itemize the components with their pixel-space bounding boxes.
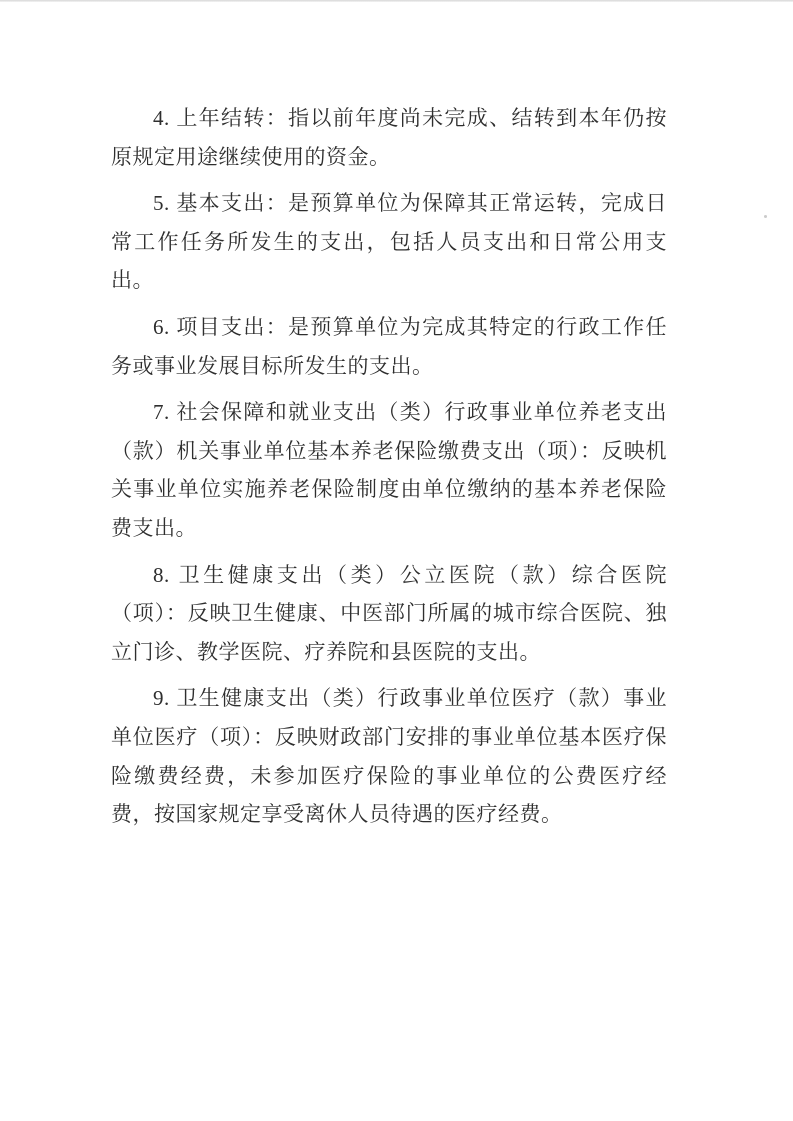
paragraph-item-6: 6. 项目支出：是预算单位为完成其特定的行政工作任务或事业发展目标所发生的支出。 (111, 308, 667, 385)
paragraph-item-4: 4. 上年结转：指以前年度尚未完成、结转到本年仍按原规定用途继续使用的资金。 (111, 99, 667, 176)
paragraph-item-7: 7. 社会保障和就业支出（类）行政事业单位养老支出（款）机关事业单位基本养老保险… (111, 393, 667, 547)
document-body: 4. 上年结转：指以前年度尚未完成、结转到本年仍按原规定用途继续使用的资金。 5… (111, 99, 667, 842)
scanned-document-page: 4. 上年结转：指以前年度尚未完成、结转到本年仍按原规定用途继续使用的资金。 5… (0, 0, 793, 1121)
scan-top-edge (0, 0, 793, 2)
scan-speck (764, 215, 767, 218)
paragraph-item-8: 8. 卫生健康支出（类）公立医院（款）综合医院（项）：反映卫生健康、中医部门所属… (111, 556, 667, 672)
paragraph-item-5: 5. 基本支出：是预算单位为保障其正常运转，完成日常工作任务所发生的支出，包括人… (111, 184, 667, 300)
paragraph-item-9: 9. 卫生健康支出（类）行政事业单位医疗（款）事业单位医疗（项）：反映财政部门安… (111, 679, 667, 833)
